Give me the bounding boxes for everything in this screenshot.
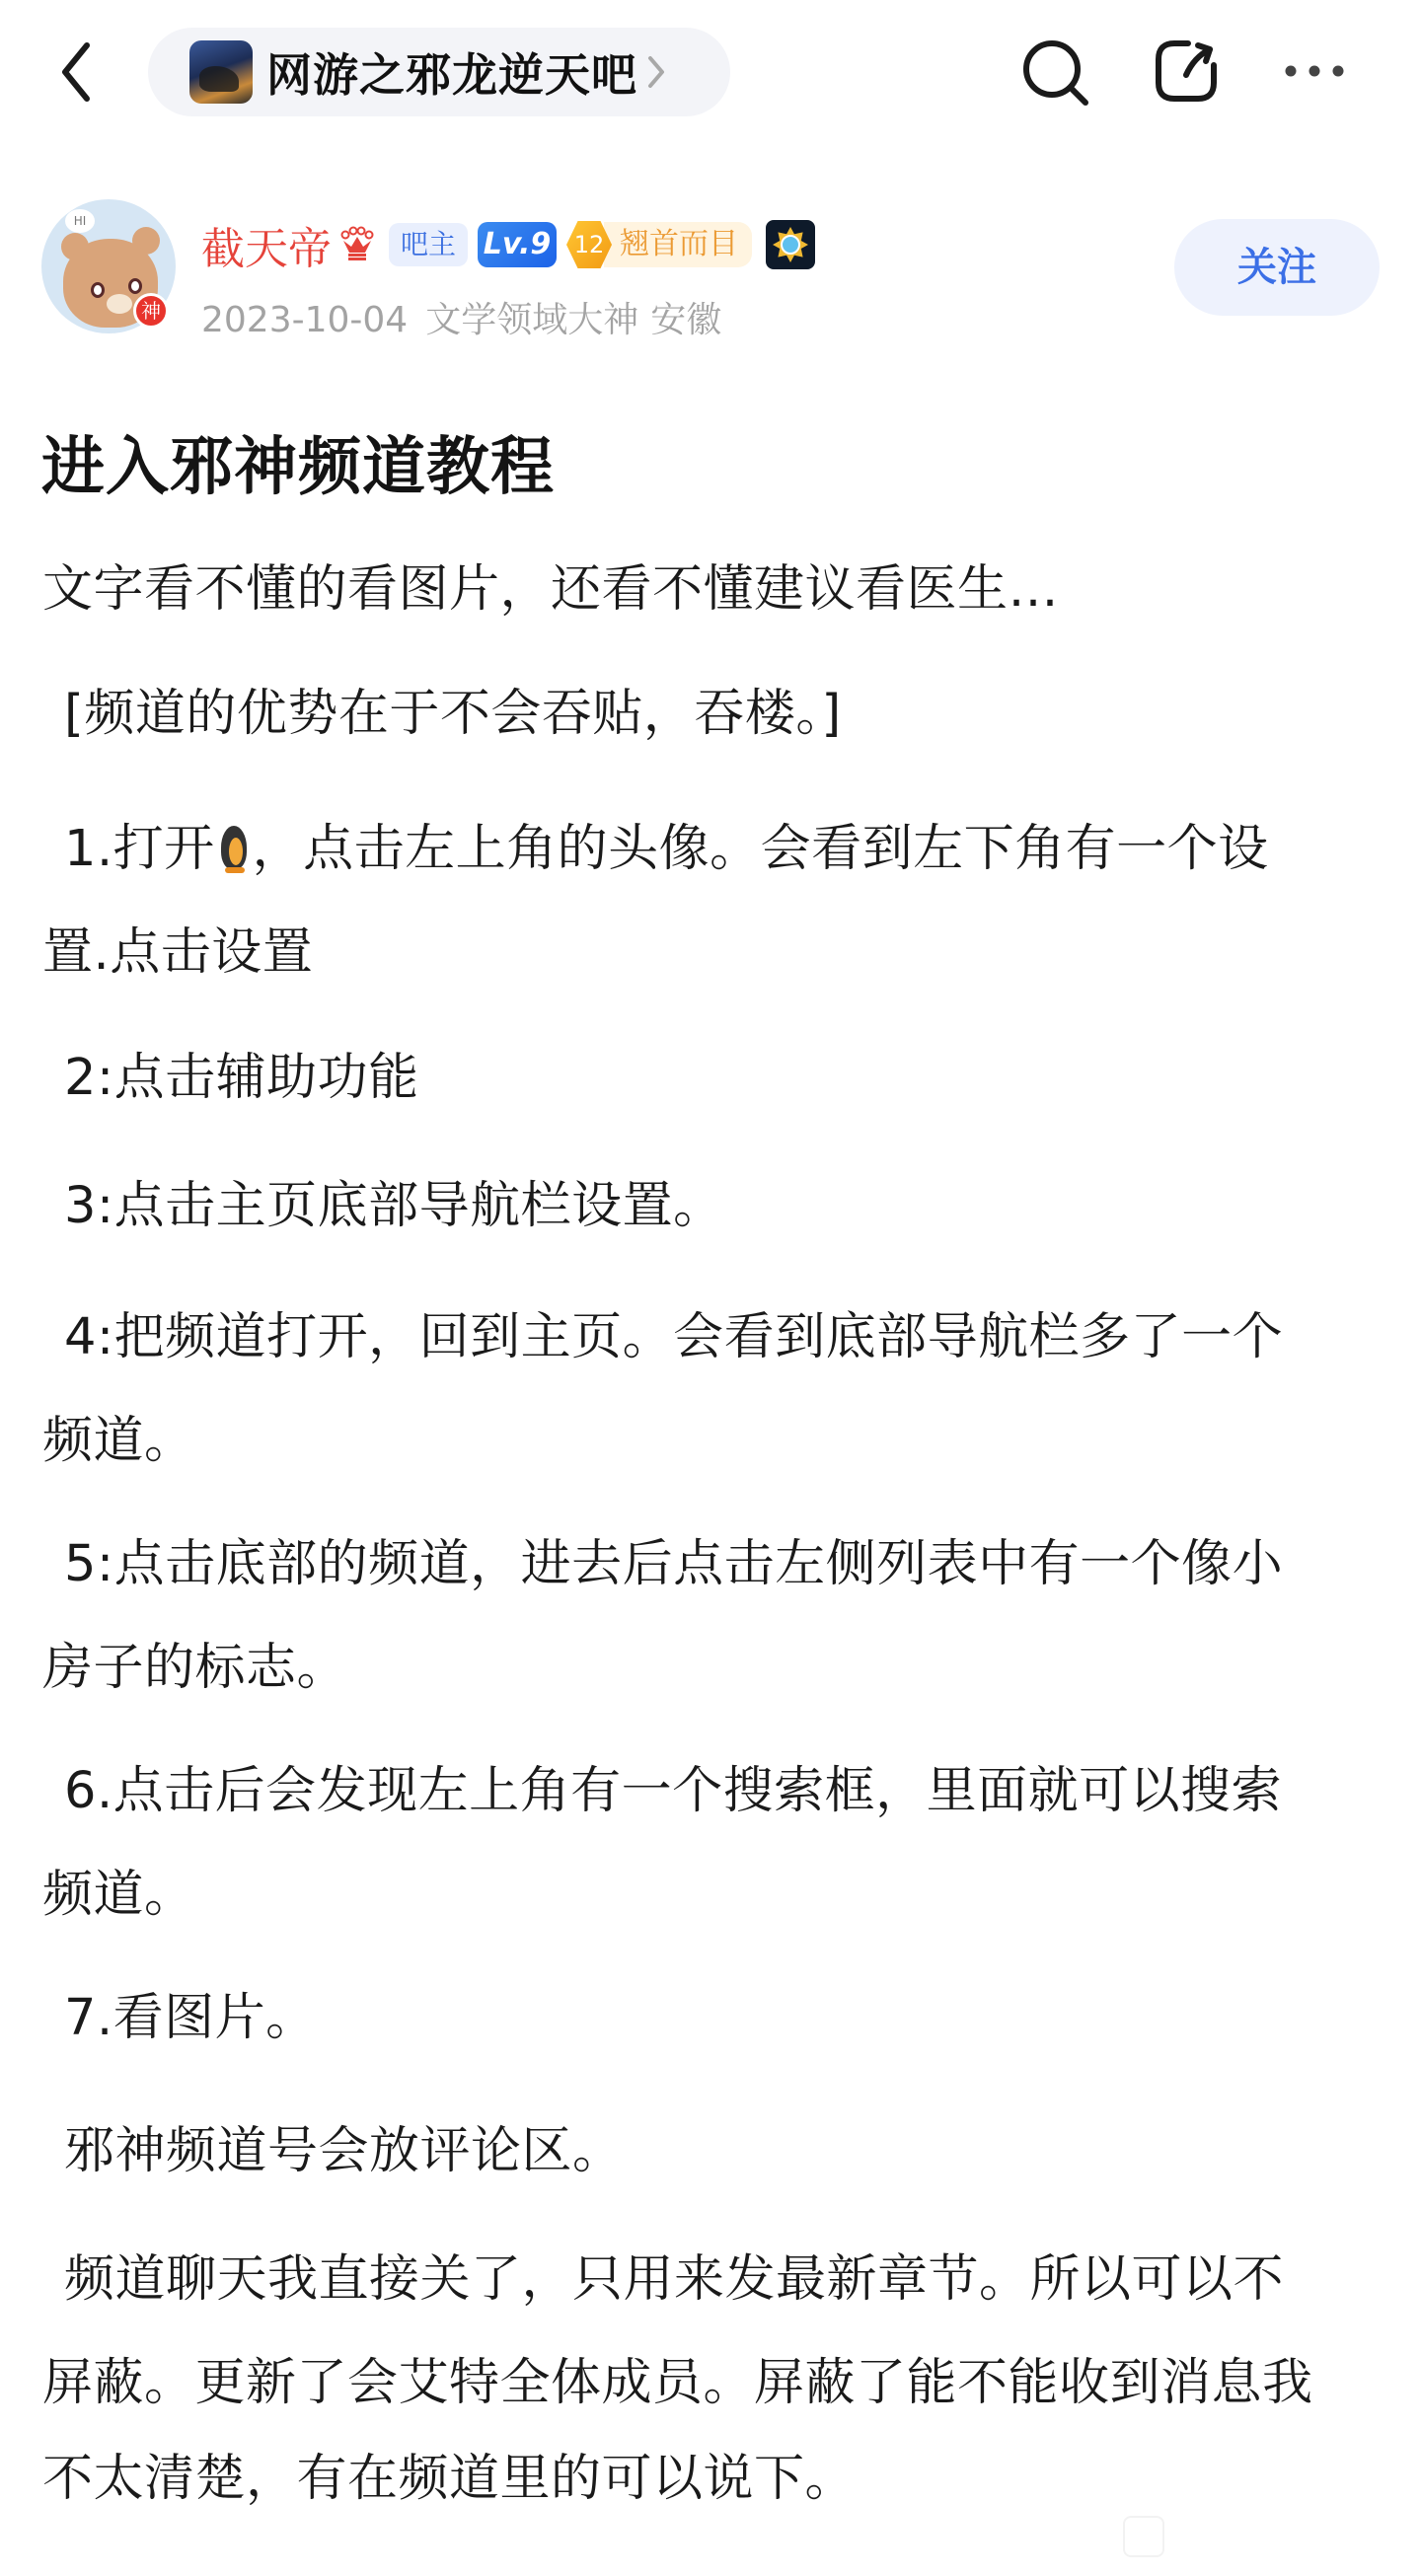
post-line: 置.点击设置 (42, 922, 313, 984)
fan-level-number: 12 (566, 221, 612, 268)
bear-snout (107, 294, 132, 314)
post-line: 频道聊天我直接关了，只用来发最新章节。所以可以不 (64, 2249, 1284, 2311)
post-line: 3:点击主页底部导航栏设置。 (64, 1176, 724, 1237)
fan-level-hex: 12 (566, 221, 612, 268)
post-line: 6.点击后会发现左上角有一个搜索框，里面就可以搜索 (64, 1761, 1282, 1822)
forum-owner-badge: 吧主 (389, 223, 468, 266)
more-button[interactable] (1279, 47, 1350, 95)
post-line-text: 1.打开 (64, 820, 215, 878)
post-title: 进入邪神频道教程 (41, 416, 555, 507)
post-line: 文字看不懂的看图片，还看不懂建议看医生… (42, 559, 1059, 621)
post-line: [频道的优势在于不会吞贴，吞楼。] (64, 684, 842, 745)
watermark-icon (1123, 2516, 1164, 2557)
bear-eye (128, 278, 142, 294)
post-line: 房子的标志。 (42, 1638, 347, 1699)
post-line: 5:点击底部的频道，进去后点击左侧列表中有一个像小 (64, 1534, 1283, 1595)
post-line: 1.打开，点击左上角的头像。会看到左下角有一个设 (64, 819, 1269, 880)
fan-title-badge: 12 翘首而目 (566, 221, 752, 268)
post-meta: 2023-10-04文学领域大神安徽 (201, 292, 721, 342)
post-line-text: ，点击左上角的头像。会看到左下角有一个设 (253, 820, 1269, 878)
share-button[interactable] (1151, 36, 1222, 107)
penguin-emoji-icon (219, 824, 249, 873)
post-date: 2023-10-04 (201, 300, 408, 340)
fan-title: 翘首而目 (604, 222, 752, 267)
post-line: 不太清楚，有在频道里的可以说下。 (42, 2449, 856, 2510)
follow-button[interactable]: 关注 (1174, 219, 1380, 316)
medal-icon (766, 220, 815, 269)
avatar-hi-bubble: HI (65, 209, 95, 233)
search-icon (1020, 37, 1091, 109)
forum-link[interactable]: 网游之邪龙逆天吧 (148, 28, 730, 116)
author-name-row: 截天帝 吧主 Lv.9 12 翘首而目 (201, 217, 815, 272)
avatar-god-badge: 神 (133, 293, 169, 329)
post-line: 频道。 (42, 1865, 195, 1926)
bear-eye (91, 282, 105, 298)
post-line: 7.看图片。 (64, 1988, 317, 2049)
author-title: 文学领域大神 (425, 300, 638, 340)
username[interactable]: 截天帝 (201, 213, 332, 276)
post-line: 频道。 (42, 1411, 195, 1472)
post-line: 2:点击辅助功能 (64, 1048, 419, 1109)
forum-name: 网游之邪龙逆天吧 (266, 39, 637, 105)
search-button[interactable] (1020, 37, 1091, 109)
post-line: 屏蔽。更新了会艾特全体成员。屏蔽了能不能收到消息我 (42, 2353, 1313, 2414)
more-icon (1279, 47, 1350, 95)
back-button[interactable] (51, 37, 107, 107)
level-badge: Lv.9 (478, 222, 557, 267)
chevron-right-icon (645, 52, 667, 92)
author-location: 安徽 (650, 300, 721, 340)
share-icon (1151, 36, 1222, 107)
post-line: 4:把频道打开，回到主页。会看到底部导航栏多了一个 (64, 1307, 1283, 1368)
post-line: 邪神频道号会放评论区。 (64, 2121, 624, 2182)
forum-thumbnail (189, 40, 253, 104)
chevron-left-icon (51, 37, 107, 107)
crown-icon (337, 225, 377, 264)
